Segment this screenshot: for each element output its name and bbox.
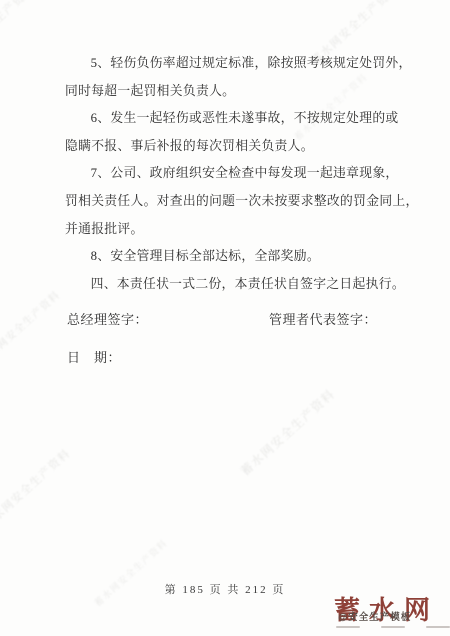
diagonal-watermark: 蓄水网安全生产资料 <box>0 0 38 68</box>
diagonal-watermark: 蓄水网安全生产资料 <box>0 287 63 367</box>
diagonal-watermark: 蓄水网安全生产资料 <box>237 385 339 479</box>
body-line: 同时每超一起罚相关负责人。 <box>65 78 408 106</box>
body-line: 5、轻伤负伤率超过规定标准，除按照考核规定处罚外， <box>65 50 408 78</box>
site-logo: 蓄水网 @安全生产模板 <box>334 594 450 634</box>
date-label: 日 期： <box>67 347 121 366</box>
management-representative-signature-label: 管理者代表签字： <box>269 309 377 328</box>
body-line: 隐瞒不报、事后补报的每次罚相关负责人。 <box>65 133 408 161</box>
document-page: 蓄水网安全生产资料 蓄水网安全生产资料 蓄水网安全生产资料 蓄水网安全生产资料 … <box>0 0 450 636</box>
body-line: 罚相关责任人。对查出的问题一次未按要求整改的罚金同上， <box>65 188 408 216</box>
body-line: 6、发生一起轻伤或恶性未遂事故，不按规定处理的或 <box>65 105 408 133</box>
general-manager-signature-label: 总经理签字： <box>67 309 148 328</box>
body-line: 8、安全管理目标全部达标，全部奖励。 <box>65 243 408 271</box>
document-body: 5、轻伤负伤率超过规定标准，除按照考核规定处罚外， 同时每超一起罚相关负责人。 … <box>65 50 408 298</box>
body-line: 并通报批评。 <box>65 216 408 244</box>
body-line: 7、公司、政府组织安全检查中每发现一起违章现象， <box>65 160 408 188</box>
diagonal-watermark: 蓄水网安全生产资料 <box>91 536 170 609</box>
site-logo-subtext: @安全生产模板 <box>338 609 411 623</box>
body-line: 四、本责任状一式二份，本责任状自签字之日起执行。 <box>65 271 408 299</box>
diagonal-watermark: 蓄水网安全生产资料 <box>0 445 74 532</box>
site-logo-caption-marks <box>336 626 450 628</box>
